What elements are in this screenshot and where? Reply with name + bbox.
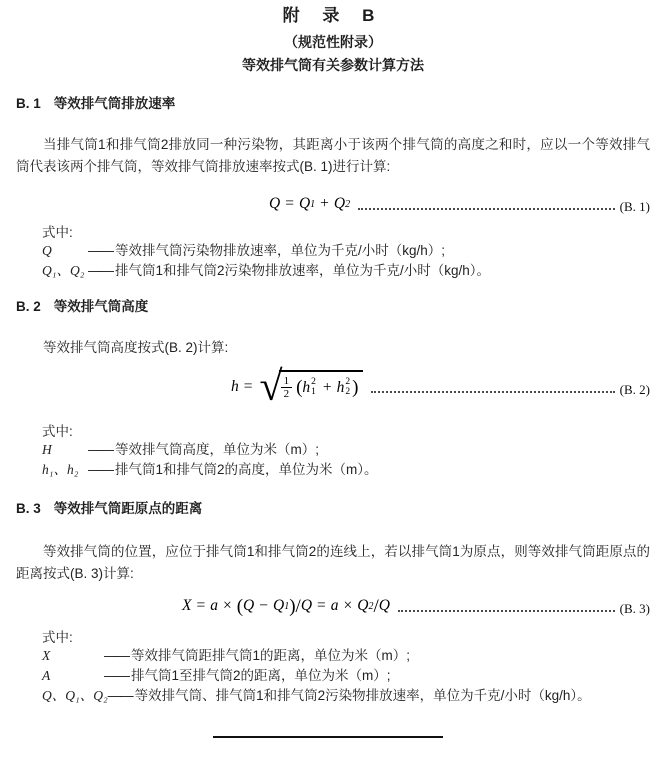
equals-sign: = [317,597,326,615]
symbol-Q: Q [42,241,88,261]
section-b3-number: B. 3 [16,500,41,517]
dotted-leader [371,391,614,393]
section-b3-title: 等效排气筒距原点的距离 [54,500,203,517]
multiply-sign: × [344,597,353,615]
fraction-numerator: 1 [281,375,293,388]
appendix-title: 附 录 B [16,6,650,26]
symbol-description: 等效排气筒高度，单位为米（m）; [115,440,650,460]
subscript-2: 2 [345,199,350,210]
document-page: { "header": { "appendix_title": "附 录 B",… [0,0,666,775]
subscript-2: 2 [345,388,350,398]
var-Q: Q [243,597,254,615]
symbol-h1-h2: h₁、h₂ [42,460,88,480]
equals-sign: = [285,195,294,213]
section-b2-title: 等效排气筒高度 [54,298,149,315]
definition-row: X —— 等效排气筒距排气筒1的距离，单位为米（m）; [42,646,650,666]
symbol-description: 等效排气筒污染物排放速率，单位为千克/小时（kg/h）; [115,241,650,261]
definition-row: Q₁、Q₂ —— 排气筒1和排气筒2污染物排放速率，单位为千克/小时（kg/h）… [42,261,650,281]
symbol-description: 等效排气筒、排气筒1和排气筒2污染物排放速率，单位为千克/小时（kg/h）。 [135,686,650,706]
square-root: √12(h21+h22) [260,369,364,405]
equation-b1-expression: Q=Q1+Q2 [269,195,350,213]
definition-row: H —— 等效排气筒高度，单位为米（m）; [42,440,650,460]
dash-separator: —— [88,460,113,480]
symbol-Q1-Q2: Q₁、Q₂ [42,261,88,281]
close-paren: ) [352,378,358,397]
definition-row: Q —— 等效排气筒污染物排放速率，单位为千克/小时（kg/h）; [42,241,650,261]
where-label-b1: 式中: [42,224,650,241]
symbol-description: 排气筒1和排气筒2污染物排放速率，单位为千克/小时（kg/h）。 [115,261,650,281]
var-Q2: Q [334,195,345,213]
equation-b2-row: h=√12(h21+h22) (B. 2) [16,365,650,409]
fraction-denominator: 2 [284,388,290,400]
symbol-A: A [42,666,104,686]
equals-sign: = [244,378,253,396]
var-h2: h [337,379,345,397]
where-label-b3: 式中: [42,629,650,646]
var-Q: Q [269,195,280,213]
var-Q2: Q [357,597,368,615]
plus-sign: + [323,379,332,397]
symbol-H: H [42,440,88,460]
var-a: a [331,597,339,615]
dash-separator: —— [88,261,113,281]
equation-b3-expression: X=a×(Q−Q1)/Q=a×Q2/Q [182,597,390,616]
dash-separator: —— [88,440,113,460]
radicand: 12(h21+h22) [279,370,364,400]
equation-b3-label: (B. 3) [620,601,650,617]
dash-separator: —— [104,666,129,686]
var-h1: h [302,379,310,397]
symbol-description: 等效排气筒距排气筒1的距离，单位为米（m）; [131,646,650,666]
definition-row: h₁、h₂ —— 排气筒1和排气筒2的高度，单位为米（m）。 [42,460,650,480]
dash-separator: —— [88,241,113,261]
symbol-description: 排气筒1至排气筒2的距离，单位为米（m）; [131,666,650,686]
doc-title: 等效排气筒有关参数计算方法 [16,56,650,74]
dash-separator: —— [104,646,129,666]
equation-b2-expression: h=√12(h21+h22) [231,369,363,405]
definition-row: Q、Q₁、Q₂ —— 等效排气筒、排气筒1和排气筒2污染物排放速率，单位为千克/… [42,686,650,706]
var-h: h [231,378,239,396]
h2-sup-sub: 22 [345,378,350,397]
equals-sign: = [196,597,205,615]
var-Q1: Q [273,597,284,615]
section-b1-paragraph: 当排气筒1和排气筒2排放同一种污染物，其距离小于该两个排气筒的高度之和时，应以一… [16,134,650,178]
symbol-description: 排气筒1和排气筒2的高度，单位为米（m）。 [115,460,650,480]
appendix-type-label: （规范性附录） [16,33,650,51]
fraction-one-half: 12 [281,375,293,400]
symbol-X: X [42,646,104,666]
equation-b3-row: X=a×(Q−Q1)/Q=a×Q2/Q (B. 3) [16,594,650,618]
var-Q: Q [301,597,312,615]
section-b2-number: B. 2 [16,298,41,315]
section-b2-heading: B. 2 等效排气筒高度 [16,298,650,315]
var-Q: Q [379,597,390,615]
dotted-leader [358,208,615,210]
h1-sup-sub: 21 [311,378,316,397]
section-b2-paragraph: 等效排气筒高度按式(B. 2)计算: [16,337,650,359]
where-label-b2: 式中: [42,423,650,440]
section-b1-number: B. 1 [16,95,41,112]
subscript-1: 1 [311,388,316,398]
end-of-document-rule [213,736,443,738]
section-b3-paragraph: 等效排气筒的位置，应位于排气筒1和排气筒2的连线上，若以排气筒1为原点，则等效排… [16,541,650,585]
var-X: X [182,597,191,615]
equation-b2-label: (B. 2) [620,382,650,398]
equation-b1-row: Q=Q1+Q2 (B. 1) [16,192,650,216]
dash-separator: —— [108,686,133,706]
minus-sign: − [259,597,268,615]
section-b1-heading: B. 1 等效排气筒排放速率 [16,95,650,112]
section-b3-heading: B. 3 等效排气筒距原点的距离 [16,500,650,517]
var-Q1: Q [299,195,310,213]
equation-b1-label: (B. 1) [620,199,650,215]
subscript-1: 1 [310,199,315,210]
document-body: 附 录 B （规范性附录） 等效排气筒有关参数计算方法 B. 1 等效排气筒排放… [0,0,666,738]
symbol-Q-Q1-Q2: Q、Q₁、Q₂ [42,686,108,706]
plus-sign: + [320,195,329,213]
multiply-sign: × [223,597,232,615]
section-b1-title: 等效排气筒排放速率 [54,95,176,112]
dotted-leader [398,610,615,612]
definition-row: A —— 排气筒1至排气筒2的距离，单位为米（m）; [42,666,650,686]
var-a: a [210,597,218,615]
